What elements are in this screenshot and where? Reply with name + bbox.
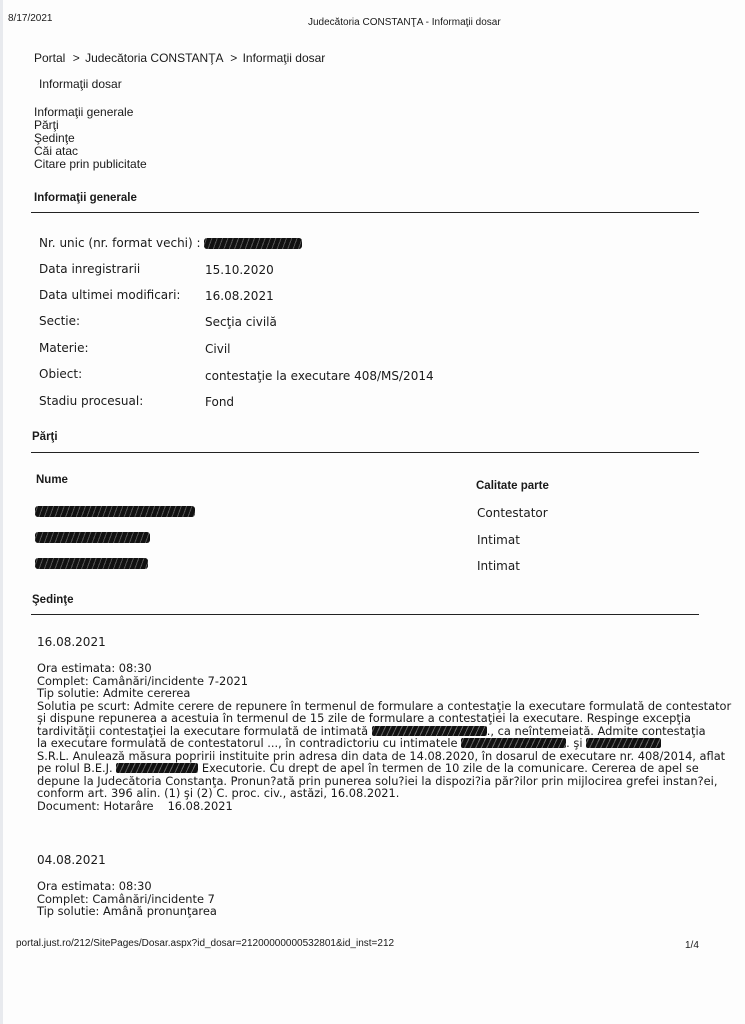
solution-line: la executare formulată de contestatorul … bbox=[37, 737, 737, 750]
hearing-solution-type: Tip solutie: Amână pronunţarea bbox=[37, 905, 217, 918]
solution-line: pe rolul B.E.J. Executorie. Cu drept de … bbox=[37, 762, 737, 775]
section-divider bbox=[31, 452, 699, 453]
label-stadiu: Stadiu procesual: bbox=[39, 394, 143, 408]
breadcrumb-separator: > bbox=[230, 51, 237, 65]
document-type[interactable]: Document: Hotarâre bbox=[37, 799, 154, 813]
label-sectie: Sectie: bbox=[39, 314, 80, 328]
hearing-date: 16.08.2021 bbox=[37, 636, 106, 649]
redacted-party bbox=[372, 726, 487, 736]
column-header-calitate: Calitate parte bbox=[476, 480, 549, 492]
hearing-solution-type: Tip solutie: Admite cererea bbox=[37, 687, 737, 700]
label-materie: Materie: bbox=[39, 341, 89, 355]
section-title-parti: Părţi bbox=[32, 431, 58, 443]
hearing-details: Ora estimata: 08:30 Complet: Camânări/in… bbox=[37, 880, 217, 918]
section-title-sedinte: Şedinţe bbox=[32, 594, 74, 606]
redacted-party bbox=[586, 738, 661, 748]
section-divider bbox=[31, 212, 699, 213]
hearing-time: Ora estimata: 08:30 bbox=[37, 662, 737, 675]
party-name bbox=[35, 503, 195, 521]
breadcrumb-current: Informaţii dosar bbox=[243, 51, 326, 65]
value-stadiu: Fond bbox=[205, 395, 234, 409]
label-data-inregistrarii: Data inregistrarii bbox=[39, 262, 140, 276]
redacted-party-name bbox=[35, 558, 148, 569]
section-title-general: Informaţii generale bbox=[34, 192, 137, 204]
label-nr-unic: Nr. unic (nr. format vechi) : bbox=[39, 236, 201, 250]
hearing-time: Ora estimata: 08:30 bbox=[37, 880, 217, 893]
value-obiect: contestaţie la executare 408/MS/2014 bbox=[205, 369, 434, 383]
hearing-date: 04.08.2021 bbox=[37, 854, 106, 867]
breadcrumb-court[interactable]: Judecătoria CONSTANŢA bbox=[85, 51, 223, 65]
section-nav: Informaţii generale Părţi Şedinţe Căi at… bbox=[34, 106, 147, 171]
document-date: 16.08.2021 bbox=[168, 799, 233, 813]
redacted-party-name bbox=[35, 532, 150, 543]
print-date: 8/17/2021 bbox=[8, 13, 53, 24]
party-role: Intimat bbox=[477, 559, 520, 573]
column-header-nume: Nume bbox=[36, 474, 68, 486]
party-name bbox=[35, 555, 148, 573]
value-sectie: Secţia civilă bbox=[205, 315, 277, 329]
redacted-party-name bbox=[35, 506, 195, 517]
value-materie: Civil bbox=[205, 342, 230, 356]
party-name bbox=[35, 529, 150, 547]
print-title: Judecătoria CONSTANŢA - Informaţii dosar bbox=[308, 17, 501, 28]
page-title: Informaţii dosar bbox=[39, 77, 122, 91]
label-obiect: Obiect: bbox=[39, 367, 82, 381]
party-role: Intimat bbox=[477, 533, 520, 547]
redacted-party bbox=[461, 738, 566, 748]
value-data-modificari: 16.08.2021 bbox=[205, 289, 274, 303]
hearing-document: Document: Hotarâre16.08.2021 bbox=[37, 800, 737, 813]
redacted-case-number bbox=[204, 238, 302, 249]
print-url: portal.just.ro/212/SitePages/Dosar.aspx?… bbox=[16, 938, 394, 949]
print-page-number: 1/4 bbox=[685, 940, 699, 951]
breadcrumb-portal[interactable]: Portal bbox=[34, 51, 65, 65]
value-nr-unic bbox=[204, 235, 302, 253]
label-data-modificari: Data ultimei modificari: bbox=[39, 288, 180, 302]
redacted-bailiff bbox=[116, 763, 198, 773]
section-divider bbox=[31, 614, 699, 615]
breadcrumb: Portal > Judecătoria CONSTANŢA > Informa… bbox=[34, 51, 325, 65]
hearing-details: Ora estimata: 08:30 Complet: Camânări/in… bbox=[37, 662, 737, 812]
party-role: Contestator bbox=[477, 506, 548, 520]
breadcrumb-separator: > bbox=[73, 51, 80, 65]
nav-link-citare[interactable]: Citare prin publicitate bbox=[34, 158, 147, 171]
value-data-inregistrarii: 15.10.2020 bbox=[205, 263, 274, 277]
